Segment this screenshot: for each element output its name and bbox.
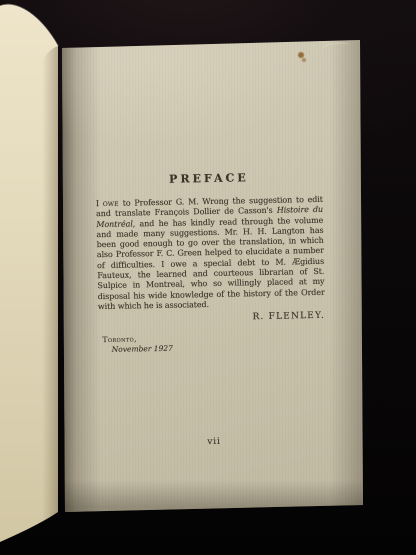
stain-mark bbox=[296, 50, 309, 65]
preface-heading: PREFACE bbox=[95, 170, 322, 187]
preface-body: I owe to Professor G. M. Wrong the sugge… bbox=[96, 195, 326, 355]
page-number: vii bbox=[100, 435, 327, 449]
book-photograph: PREFACE I owe to Professor G. M. Wrong t… bbox=[0, 0, 416, 555]
author-signature: R. FLENLEY. bbox=[98, 311, 325, 325]
preface-paragraph: I owe to Professor G. M. Wrong the sugge… bbox=[96, 195, 325, 313]
